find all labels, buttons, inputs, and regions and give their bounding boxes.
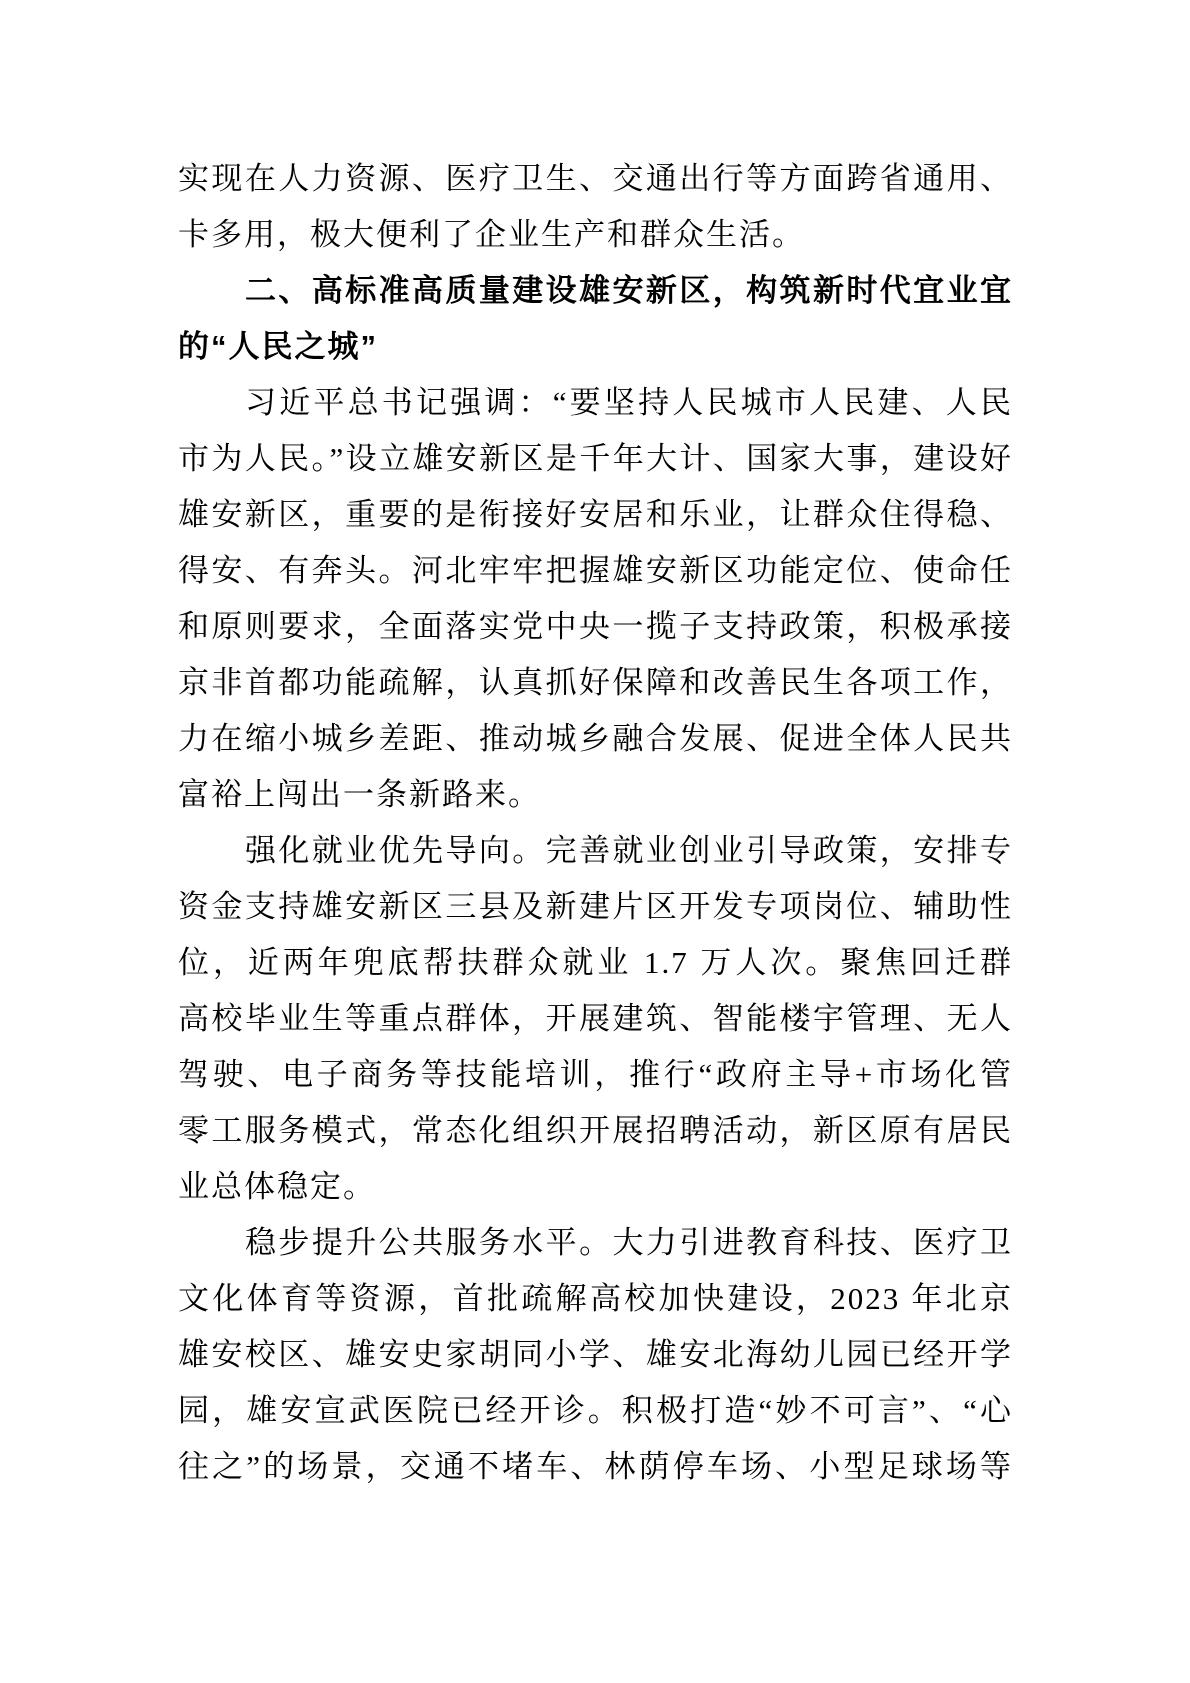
body-paragraph: 强化就业优先导向。完善就业创业引导政策，安排专项资金支持雄安新区三县及新建片区开…: [178, 823, 1013, 1215]
text-line: 文化体育等资源，首批疏解高校加快建设，2023 年北京四中: [178, 1271, 1013, 1327]
text-line: 实现在人力资源、医疗卫生、交通出行等方面跨省通用、一: [178, 151, 1013, 207]
text-line: 资金支持雄安新区三县及新建片区开发专项岗位、辅助性岗: [178, 879, 1013, 935]
text-line: 京非首都功能疏解，认真抓好保障和改善民生各项工作，努: [178, 655, 1013, 711]
text-line: 业总体稳定。: [178, 1159, 1013, 1215]
body-paragraph: 稳步提升公共服务水平。大力引进教育科技、医疗卫生、文化体育等资源，首批疏解高校加…: [178, 1215, 1013, 1495]
text-line: 高校毕业生等重点群体，开展建筑、智能楼宇管理、无人机: [178, 991, 1013, 1047]
heading-line: 二、高标准高质量建设雄安新区，构筑新时代宜业宜居: [178, 263, 1013, 319]
text-line: 雄安校区、雄安史家胡同小学、雄安北海幼儿园已经开学开: [178, 1327, 1013, 1383]
heading-paragraph: 二、高标准高质量建设雄安新区，构筑新时代宜业宜居的“人民之城”: [178, 263, 1013, 375]
text-line: 零工服务模式，常态化组织开展招聘活动，新区原有居民就: [178, 1103, 1013, 1159]
text-line: 雄安新区，重要的是衔接好安居和乐业，让群众住得稳、过: [178, 487, 1013, 543]
text-line: 力在缩小城乡差距、推动城乡融合发展、促进全体人民共同: [178, 711, 1013, 767]
text-line: 园，雄安宣武医院已经开诊。积极打造“妙不可言”、“心向: [178, 1383, 1013, 1439]
text-line: 强化就业优先导向。完善就业创业引导政策，安排专项: [178, 823, 1013, 879]
text-line: 位，近两年兜底帮扶群众就业 1.7 万人次。聚焦回迁群众、: [178, 935, 1013, 991]
text-line: 富裕上闯出一条新路来。: [178, 767, 1013, 823]
document-page: 实现在人力资源、医疗卫生、交通出行等方面跨省通用、一卡多用，极大便利了企业生产和…: [0, 0, 1190, 1683]
document-content: 实现在人力资源、医疗卫生、交通出行等方面跨省通用、一卡多用，极大便利了企业生产和…: [178, 151, 1013, 1495]
body-paragraph: 实现在人力资源、医疗卫生、交通出行等方面跨省通用、一卡多用，极大便利了企业生产和…: [178, 151, 1013, 263]
text-line: 驾驶、电子商务等技能培训，推行“政府主导+市场化管理”: [178, 1047, 1013, 1103]
text-line: 和原则要求，全面落实党中央一揽子支持政策，积极承接北: [178, 599, 1013, 655]
body-paragraph: 习近平总书记强调：“要坚持人民城市人民建、人民城市为人民。”设立雄安新区是千年大…: [178, 375, 1013, 823]
text-line: 习近平总书记强调：“要坚持人民城市人民建、人民城: [178, 375, 1013, 431]
text-line: 稳步提升公共服务水平。大力引进教育科技、医疗卫生、: [178, 1215, 1013, 1271]
text-line: 卡多用，极大便利了企业生产和群众生活。: [178, 207, 1013, 263]
text-line: 往之”的场景，交通不堵车、林荫停车场、小型足球场等建: [178, 1439, 1013, 1495]
heading-line: 的“人民之城”: [178, 319, 1013, 375]
text-line: 得安、有奔头。河北牢牢把握雄安新区功能定位、使命任务: [178, 543, 1013, 599]
text-line: 市为人民。”设立雄安新区是千年大计、国家大事，建设好: [178, 431, 1013, 487]
